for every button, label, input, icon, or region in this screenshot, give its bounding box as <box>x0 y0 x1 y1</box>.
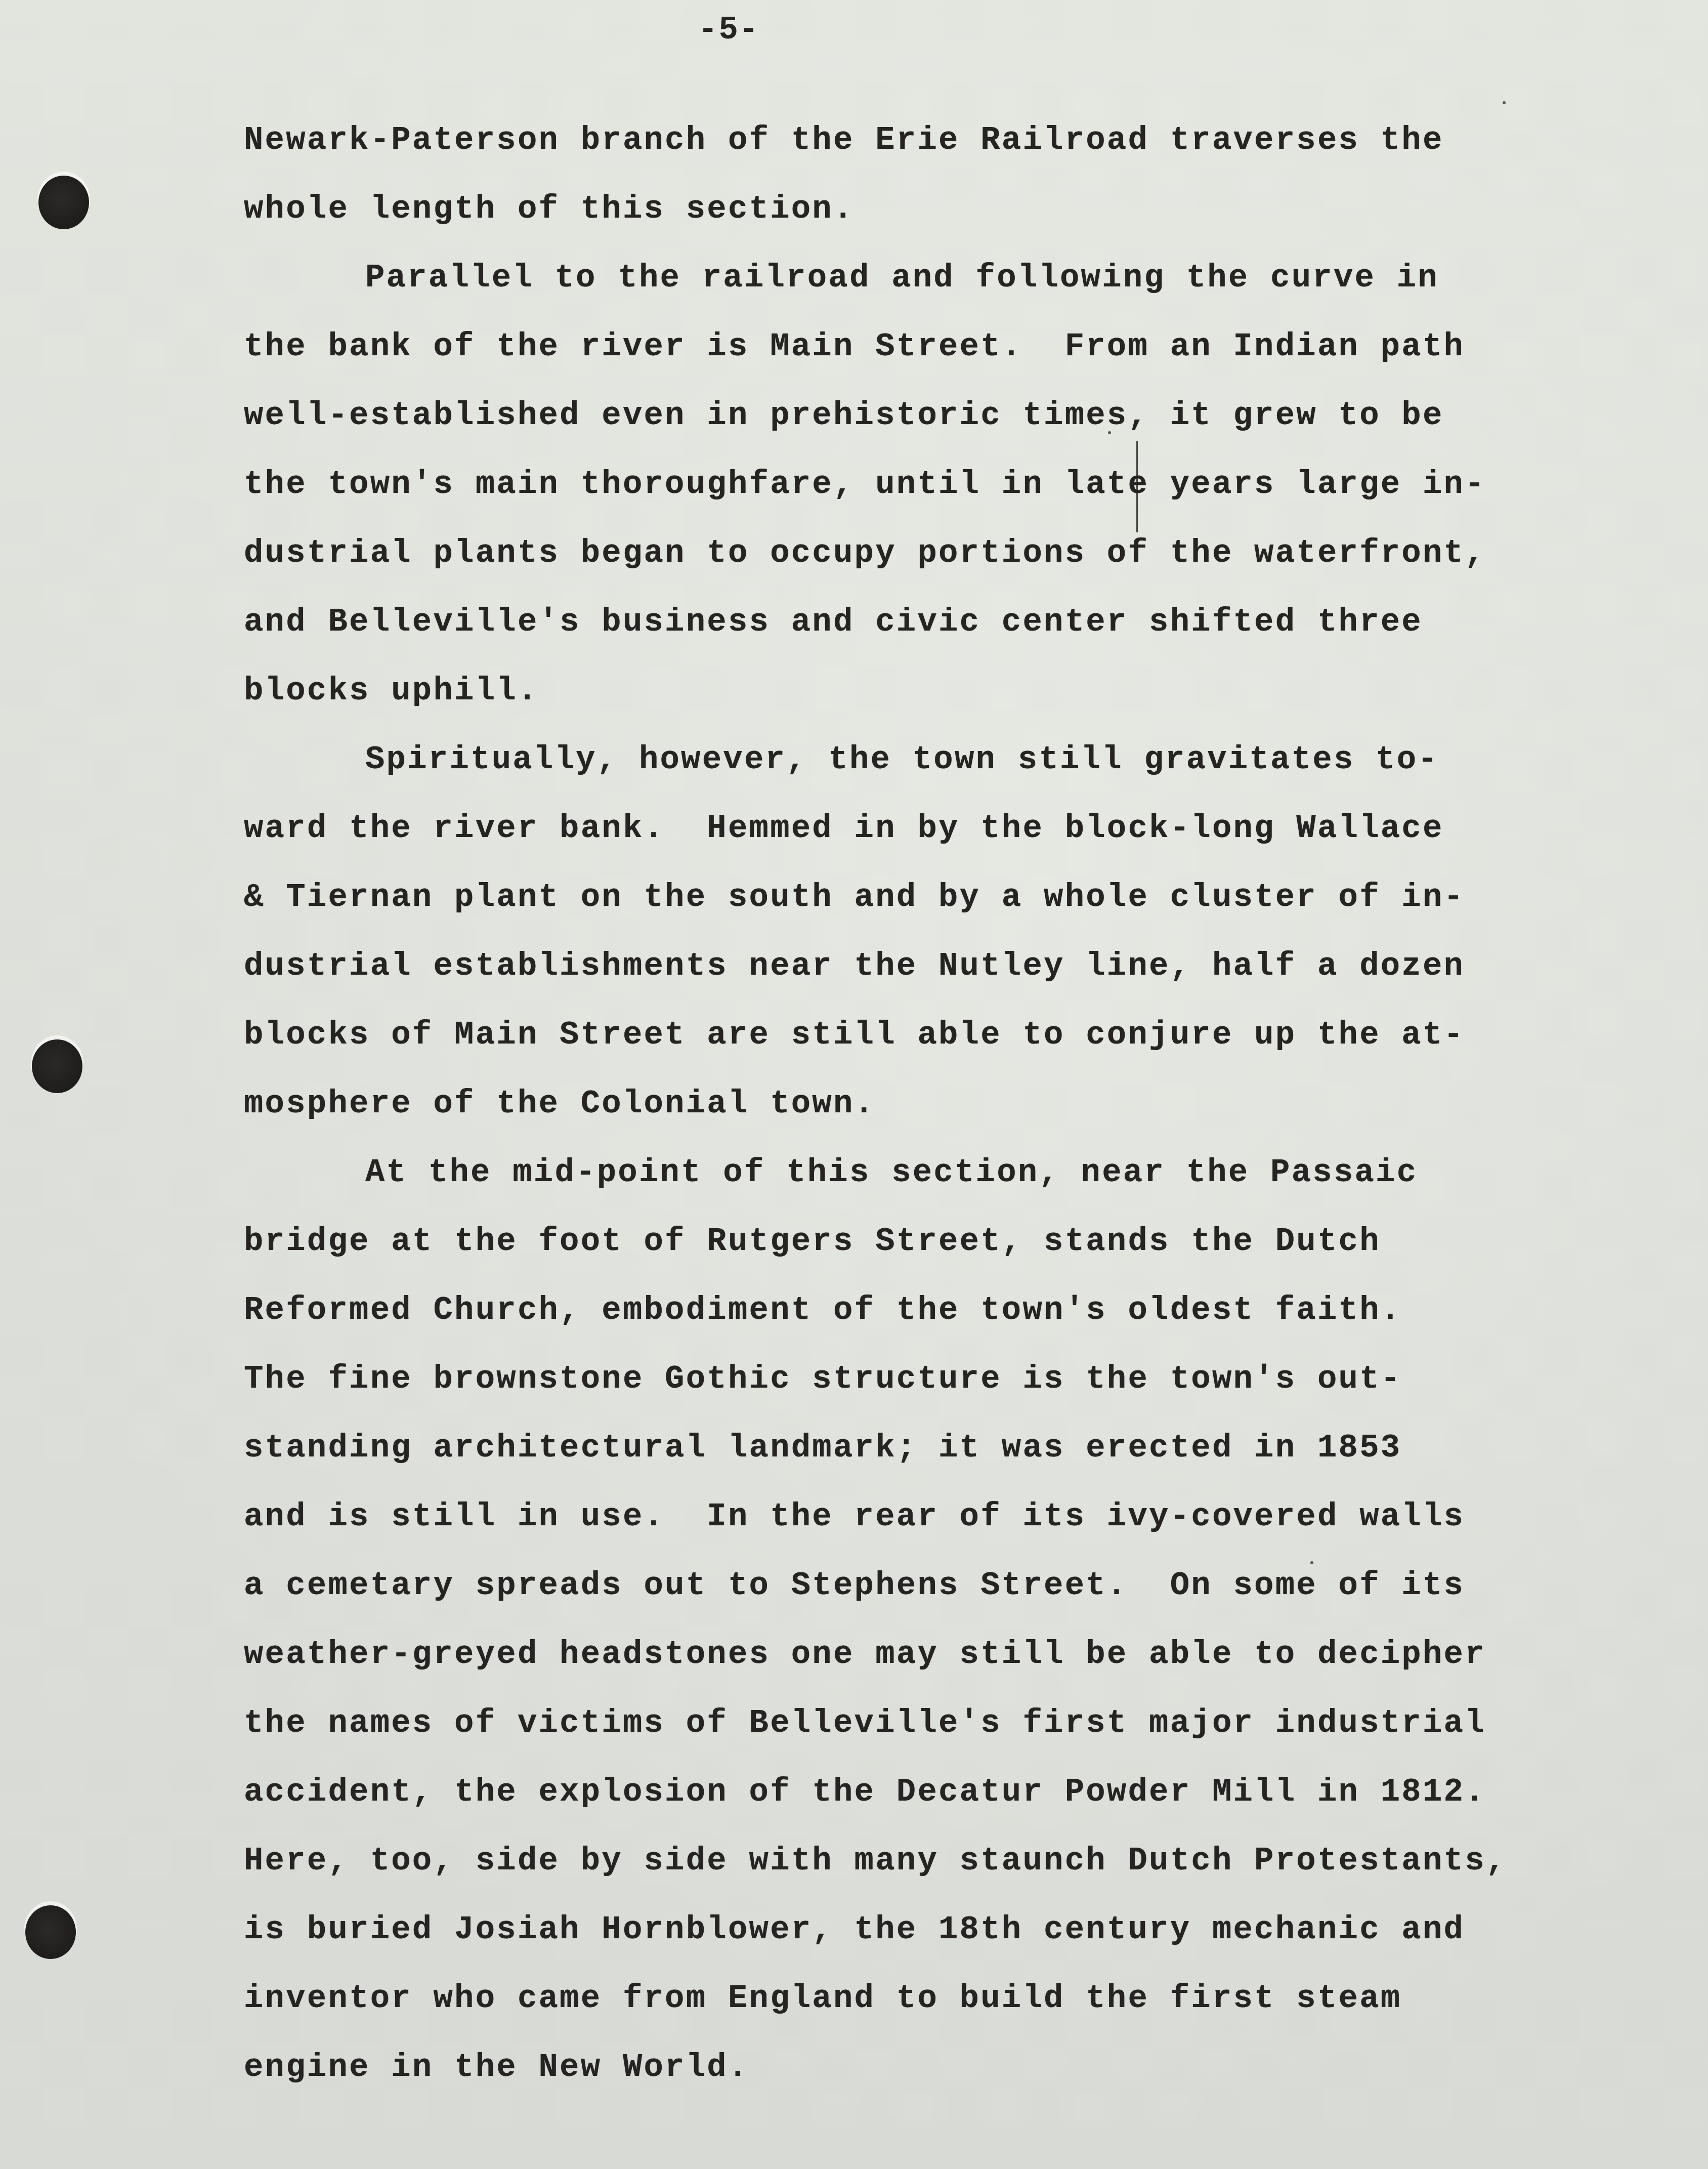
text-line: and is still in use. In the rear of its … <box>244 1497 1465 1537</box>
text-line: Newark-Paterson branch of the Erie Railr… <box>244 120 1444 161</box>
paper-speck <box>1503 101 1506 104</box>
text-line: standing architectural landmark; it was … <box>244 1428 1401 1469</box>
text-line: engine in the New World. <box>244 2048 749 2088</box>
text-line: the bank of the river is Main Street. Fr… <box>244 327 1465 367</box>
text-line: blocks of Main Street are still able to … <box>244 1015 1465 1056</box>
text-line: inventor who came from England to build … <box>244 1979 1401 2019</box>
text-line: a cemetary spreads out to Stephens Stree… <box>244 1566 1465 1606</box>
text-line: is buried Josiah Hornblower, the 18th ce… <box>244 1910 1465 1950</box>
paper-speck <box>1310 1561 1313 1564</box>
page-number: -5- <box>698 12 759 49</box>
text-line: Reformed Church, embodiment of the town'… <box>244 1290 1401 1331</box>
text-line: Here, too, side by side with many staunc… <box>244 1841 1507 1882</box>
punch-hole-bottom <box>25 1905 76 1959</box>
text-line: The fine brownstone Gothic structure is … <box>244 1359 1401 1400</box>
text-line: & Tiernan plant on the south and by a wh… <box>244 878 1465 918</box>
text-line: Parallel to the railroad and following t… <box>365 258 1439 299</box>
text-line: and Belleville's business and civic cent… <box>244 602 1423 643</box>
text-line: At the mid-point of this section, near t… <box>365 1153 1418 1193</box>
text-line: well-established even in prehistoric tim… <box>244 396 1444 436</box>
text-line: weather-greyed headstones one may still … <box>244 1635 1486 1675</box>
text-line: the town's main thoroughfare, until in l… <box>244 465 1486 505</box>
text-line: dustrial plants began to occupy portions… <box>244 533 1486 574</box>
punch-hole-top <box>38 176 89 229</box>
text-line: Spiritually, however, the town still gra… <box>365 740 1439 780</box>
text-line: dustrial establishments near the Nutley … <box>244 946 1465 987</box>
text-line: mosphere of the Colonial town. <box>244 1084 875 1124</box>
text-line: ward the river bank. Hemmed in by the bl… <box>244 809 1444 849</box>
punch-hole-middle <box>32 1039 82 1093</box>
text-line: bridge at the foot of Rutgers Street, st… <box>244 1222 1381 1262</box>
text-line: blocks uphill. <box>244 671 539 712</box>
text-line: whole length of this section. <box>244 189 855 230</box>
text-line: accident, the explosion of the Decatur P… <box>244 1772 1486 1813</box>
text-line: the names of victims of Belleville's fir… <box>244 1703 1486 1744</box>
